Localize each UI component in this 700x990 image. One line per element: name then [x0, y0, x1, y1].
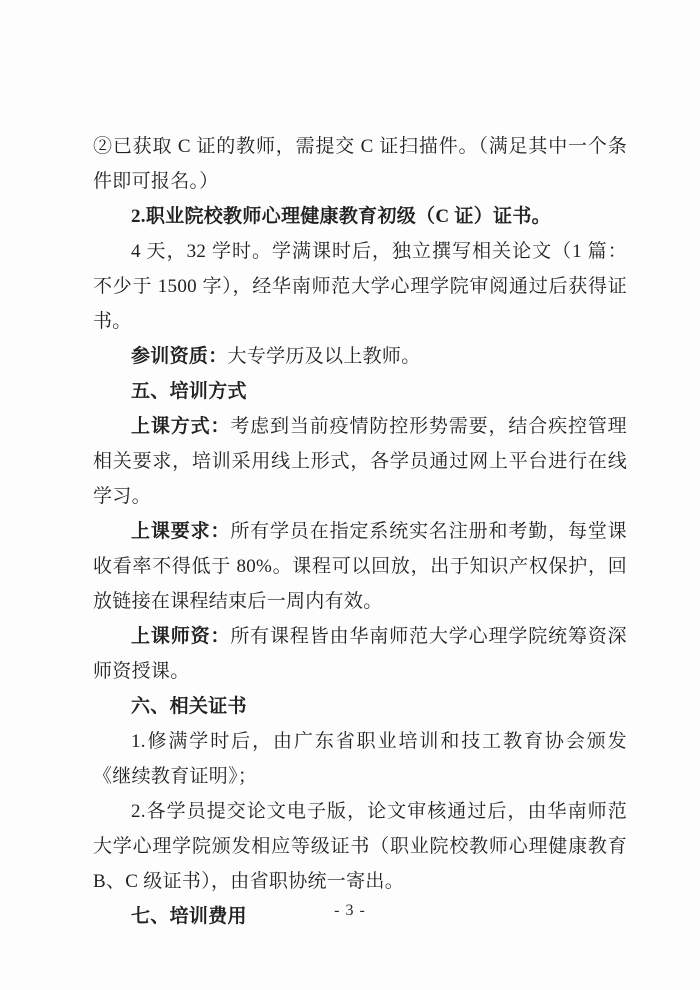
body-text: 1.修满学时后，由广东省职业培训和技工教育协会颁发《继续教育证明》；	[93, 731, 627, 787]
bold-text: 上课师资：	[131, 626, 230, 647]
bold-text: 2.职业院校教师心理健康教育初级（C 证）证书。	[131, 206, 551, 227]
bold-text: 上课要求：	[131, 521, 230, 542]
body-text: ②已获取 C 证的教师，需提交 C 证扫描件。（满足其中一个条件即可报名。）	[93, 136, 627, 192]
bold-text: 五、培训方式	[131, 381, 247, 402]
paragraph: 上课方式：考虑到当前疫情防控形势需要，结合疾控管理相关要求，培训采用线上形式，各…	[93, 409, 627, 514]
body-text: 4 天，32 学时。学满课时后，独立撰写相关论文（1 篇：不少于 1500 字）…	[93, 241, 627, 332]
paragraph: ②已获取 C 证的教师，需提交 C 证扫描件。（满足其中一个条件即可报名。）	[93, 129, 627, 199]
bold-text: 参训资质：	[131, 346, 228, 367]
body-text: 大专学历及以上教师。	[228, 346, 421, 367]
document-page: ②已获取 C 证的教师，需提交 C 证扫描件。（满足其中一个条件即可报名。）2.…	[0, 0, 700, 990]
page-number: - 3 -	[0, 902, 700, 920]
body-text: 2.各学员提交论文电子版，论文审核通过后，由华南师范大学心理学院颁发相应等级证书…	[93, 801, 627, 892]
document-content: ②已获取 C 证的教师，需提交 C 证扫描件。（满足其中一个条件即可报名。）2.…	[93, 129, 627, 934]
section-heading: 五、培训方式	[93, 374, 627, 409]
bold-text: 上课方式：	[131, 416, 230, 437]
paragraph: 参训资质：大专学历及以上教师。	[93, 339, 627, 374]
paragraph: 上课师资：所有课程皆由华南师范大学心理学院统筹资深师资授课。	[93, 619, 627, 689]
paragraph: 2.职业院校教师心理健康教育初级（C 证）证书。	[93, 199, 627, 234]
paragraph: 上课要求：所有学员在指定系统实名注册和考勤，每堂课收看率不得低于 80%。课程可…	[93, 514, 627, 619]
section-heading: 六、相关证书	[93, 689, 627, 724]
paragraph: 2.各学员提交论文电子版，论文审核通过后，由华南师范大学心理学院颁发相应等级证书…	[93, 794, 627, 899]
paragraph: 4 天，32 学时。学满课时后，独立撰写相关论文（1 篇：不少于 1500 字）…	[93, 234, 627, 339]
bold-text: 六、相关证书	[131, 696, 247, 717]
paragraph: 1.修满学时后，由广东省职业培训和技工教育协会颁发《继续教育证明》；	[93, 724, 627, 794]
